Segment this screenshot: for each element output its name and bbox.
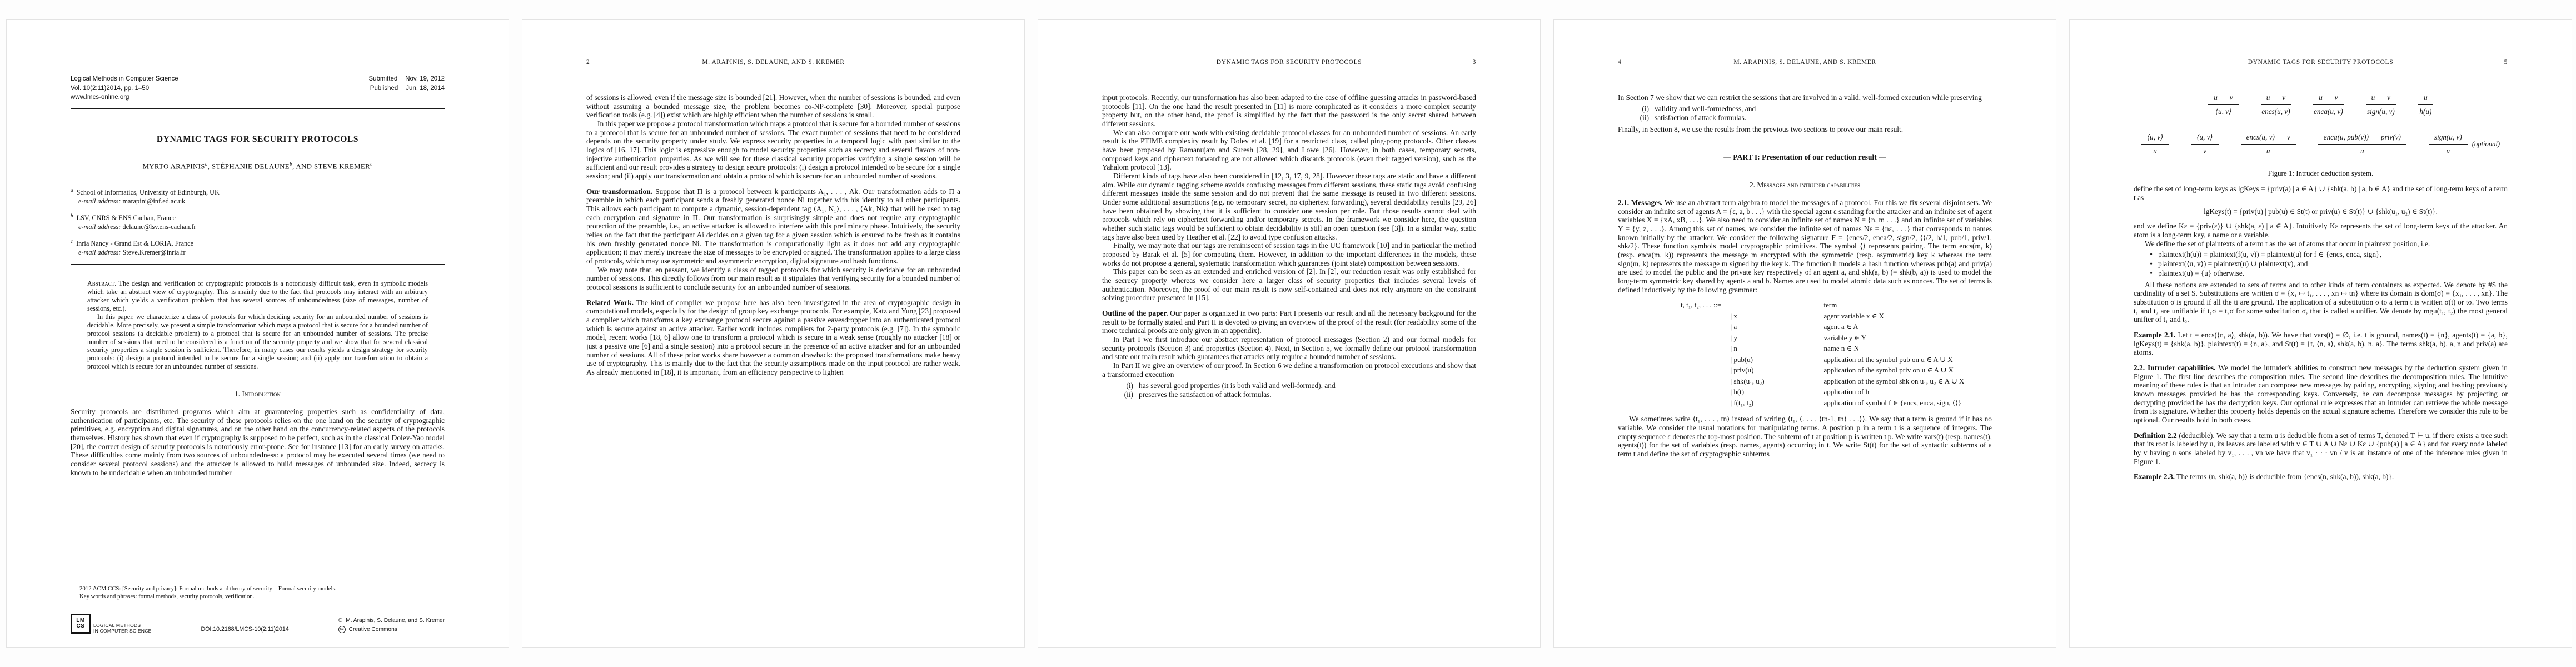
grammar-production: | a [1731, 321, 1824, 332]
premise-term: u [2371, 93, 2375, 102]
inference-fraction: ⟨u, v⟩v [2191, 133, 2218, 156]
list-item-text: preserves the satisfaction of attack for… [1139, 390, 1476, 400]
premise-term: u [2319, 93, 2323, 102]
decomposition-rules-row: ⟨u, v⟩u⟨u, v⟩vencs(u, v)vuenca(u, pub(v)… [2134, 133, 2508, 156]
running-head: DYNAMIC TAGS FOR SECURITY PROTOCOLS5 [2134, 59, 2508, 66]
inference-rule: encs(u, v)vu [2241, 133, 2296, 156]
paragraph: Example 2.1. Let t = encs(⟨n, a⟩, shk(a,… [2134, 331, 2508, 357]
horizontal-rule [71, 108, 445, 109]
paragraph: We may note that, en passant, we identif… [586, 266, 960, 292]
journal-info: Logical Methods in Computer ScienceVol. … [71, 74, 178, 102]
copyright-text: Creative Commons [349, 625, 397, 634]
journal-masthead: Logical Methods in Computer ScienceVol. … [71, 74, 445, 102]
rule-conclusion: u [2318, 145, 2406, 156]
grammar-row: | xagent variable x ∈ X [1638, 311, 1972, 322]
composition-rules-row: uv⟨u, v⟩uvencs(u, v)uvenca(u, v)uvsign(u… [2134, 93, 2508, 116]
list-item-label: • [2134, 250, 2158, 260]
paragraph: of sessions is allowed, even if the mess… [586, 93, 960, 120]
paragraph: 2.1. Messages. We use an abstract term a… [1618, 198, 1992, 294]
rule-conclusion: u [2141, 145, 2169, 156]
premise-term: v [2287, 133, 2290, 142]
item-list: (i)has several good properties (it is bo… [1102, 381, 1476, 400]
inference-rule: uvencs(u, v) [2261, 93, 2291, 116]
page-3: DYNAMIC TAGS FOR SECURITY PROTOCOLS3inpu… [1038, 19, 1541, 648]
doi-text: DOI:10.2168/LMCS-10(2:11)2014 [201, 626, 289, 634]
copyright-icon: © [338, 616, 343, 625]
paragraph-lead-in: Example 2.1. [2134, 331, 2175, 339]
running-head-title: DYNAMIC TAGS FOR SECURITY PROTOCOLS [2151, 59, 2490, 66]
paragraph: In Part II we give an overview of our pr… [1102, 361, 1476, 379]
inference-rule: uh(u) [2418, 93, 2433, 116]
affiliation: a School of Informatics, University of E… [71, 187, 445, 206]
paragraph-lead-in: Our transformation. [586, 187, 652, 196]
inference-fraction: encs(u, v)vu [2241, 133, 2296, 156]
paragraph-lead-in: Example 2.3. [2134, 472, 2175, 481]
page-2: 2M. ARAPINIS, S. DELAUNE, AND S. KREMERo… [522, 19, 1025, 648]
figure-caption: Figure 1: Intruder deduction system. [2134, 169, 2508, 178]
rule-premises: uv [2261, 93, 2291, 105]
list-item-label: (ii) [1618, 113, 1655, 123]
grammar-lhs-spacer [1638, 332, 1731, 344]
premise-term: v [2387, 93, 2390, 102]
grammar-lhs-spacer [1638, 376, 1731, 387]
list-item-label: (i) [1618, 104, 1655, 114]
paragraph: This paper can be seen as an extended an… [1102, 267, 1476, 302]
list-item: •plaintext(u) = {u} otherwise. [2134, 269, 2508, 278]
rule-premises: ⟨u, v⟩ [2191, 133, 2218, 145]
affiliation-institution: c Inria Nancy - Grand Est & LORIA, Franc… [71, 238, 445, 248]
page-number-right: 3 [1458, 59, 1476, 66]
list-item: (i)has several good properties (it is bo… [1102, 381, 1476, 391]
lmcs-logo: LMCSLOGICAL METHODSIN COMPUTER SCIENCE [71, 614, 152, 634]
paragraph: In this paper we propose a protocol tran… [586, 120, 960, 181]
page-number-right: 5 [2490, 59, 2508, 66]
abstract: Abstract. The design and verification of… [87, 280, 428, 371]
page-1: Logical Methods in Computer ScienceVol. … [6, 19, 509, 648]
paragraph: 2.2. Intruder capabilities. We model the… [2134, 364, 2508, 425]
grammar-row: | f(t₁, t₂)application of symbol f ∈ {en… [1638, 397, 1972, 409]
rule-premises: ⟨u, v⟩ [2141, 133, 2169, 145]
list-item-label: (i) [1102, 381, 1139, 391]
premise-term: u [2266, 93, 2270, 102]
rule-premises: uv [2313, 93, 2343, 105]
rule-conclusion: encs(u, v) [2261, 105, 2291, 116]
author-name: MYRTO ARAPINIS [143, 162, 205, 170]
term-grammar: t, t₁, t₂, . . . ::=term| xagent variabl… [1638, 300, 1972, 408]
grammar-production: | n [1731, 343, 1824, 354]
list-item: •plaintext(h(u)) = plaintext(f(u, v)) = … [2134, 250, 2508, 260]
affiliation: c Inria Nancy - Grand Est & LORIA, Franc… [71, 238, 445, 257]
horizontal-rule [71, 264, 445, 265]
lmcs-logo-icon: LMCS [71, 614, 91, 634]
grammar-description: term [1824, 300, 1972, 311]
paragraph-lead-in: Related Work. [586, 298, 634, 307]
running-head: 4M. ARAPINIS, S. DELAUNE, AND S. KREMER [1618, 59, 1992, 66]
inference-fraction: uv⟨u, v⟩ [2208, 93, 2238, 116]
inference-fraction: uvencs(u, v) [2261, 93, 2291, 116]
inference-rule: uvsign(u, v) [2366, 93, 2396, 116]
affiliation-email: e-mail address: marapini@inf.ed.ac.uk [78, 197, 445, 206]
lmcs-logo-text-line: IN COMPUTER SCIENCE [93, 628, 152, 634]
rule-premises: enca(u, pub(v))priv(v) [2318, 133, 2406, 145]
grammar-description: name n ∈ N [1824, 343, 1972, 354]
grammar-production [1731, 300, 1824, 311]
list-item-text: plaintext(h(u)) = plaintext(f(u, v)) = p… [2158, 250, 2508, 260]
paragraph: Finally, we may note that our tags are r… [1102, 241, 1476, 267]
premise-term: v [2230, 93, 2233, 102]
submission-dates: SubmittedNov. 19, 2012PublishedJun. 18, … [368, 74, 445, 102]
grammar-production: | y [1731, 332, 1824, 344]
publisher-footer-row: LMCSLOGICAL METHODSIN COMPUTER SCIENCEDO… [71, 614, 445, 634]
copyright-line: ©M. Arapinis, S. Delaune, and S. Kremer [338, 616, 445, 625]
page-number-left: 4 [1618, 59, 1636, 66]
list-item-text: satisfaction of attack formulas. [1655, 113, 1992, 123]
affiliation-institution: b LSV, CNRS & ENS Cachan, France [71, 213, 445, 223]
grammar-lhs-spacer [1638, 386, 1731, 397]
premise-term: u [2424, 93, 2428, 102]
date-label: Submitted [368, 74, 397, 84]
item-list: (i)validity and well-formedness, and(ii)… [1618, 104, 1992, 123]
display-equation: lgKeys(t) = {priv(u) | pub(u) ∈ St(t) or… [2134, 207, 2508, 216]
page-4: 4M. ARAPINIS, S. DELAUNE, AND S. KREMERI… [1553, 19, 2056, 648]
running-head-title: M. ARAPINIS, S. DELAUNE, AND S. KREMER [1636, 59, 1974, 66]
grammar-production: | x [1731, 311, 1824, 322]
paragraph: We sometimes write ⟨t₁, . . . , tn⟩ inst… [1618, 415, 1992, 458]
paragraph: All these notions are extended to sets o… [2134, 281, 2508, 324]
grammar-row: | yvariable y ∈ Y [1638, 332, 1972, 344]
premise-term: ⟨u, v⟩ [2147, 133, 2163, 142]
date-value: Nov. 19, 2012 [405, 74, 445, 84]
inference-rule: enca(u, pub(v))priv(v)u [2318, 133, 2406, 156]
rule-conclusion: h(u) [2418, 105, 2433, 116]
list-item-text: plaintext(⟨u, v⟩) = plaintext(u) ∪ plain… [2158, 260, 2508, 269]
rule-conclusion: u [2241, 145, 2296, 156]
grammar-row: | shk(u₁, u₂)application of the symbol s… [1638, 376, 1972, 387]
paragraph: Example 2.3. The terms ⟨n, shk(a, b)⟩ is… [2134, 472, 2508, 481]
affiliation-mark: a [71, 187, 73, 193]
running-head: 2M. ARAPINIS, S. DELAUNE, AND S. KREMER [586, 59, 960, 66]
grammar-lhs: t, t₁, t₂, . . . ::= [1638, 300, 1731, 311]
paragraph: input protocols. Recently, our transform… [1102, 93, 1476, 128]
rule-conclusion: sign(u, v) [2366, 105, 2396, 116]
abstract-paragraph: Abstract. The design and verification of… [87, 280, 428, 313]
rule-premises: sign(u, v) [2429, 133, 2468, 145]
premise-term: v [2282, 93, 2285, 102]
rule-conclusion: u [2429, 145, 2468, 156]
list-item-text: has several good properties (it is both … [1139, 381, 1476, 391]
grammar-production: | priv(u) [1731, 365, 1824, 376]
paragraph: We define the set of plaintexts of a ter… [2134, 240, 2508, 248]
grammar-description: variable y ∈ Y [1824, 332, 1972, 344]
running-head: DYNAMIC TAGS FOR SECURITY PROTOCOLS3 [1102, 59, 1476, 66]
page-number-left: 2 [586, 59, 604, 66]
grammar-production: | shk(u₁, u₂) [1731, 376, 1824, 387]
email-label: e-mail address: [78, 223, 121, 231]
grammar-description: application of the symbol priv on u ∈ A … [1824, 365, 1972, 376]
affiliation-email: e-mail address: Steve.Kremer@inria.fr [78, 248, 445, 257]
paragraph-lead-in: Outline of the paper. [1102, 309, 1168, 317]
copyright-line: ccCreative Commons [338, 625, 445, 634]
list-item-label: • [2134, 260, 2158, 269]
paragraph: define the set of long-term keys as lgKe… [2134, 185, 2508, 202]
paragraph: Finally, in Section 8, we use the result… [1618, 125, 1992, 134]
date-label: Published [370, 84, 398, 93]
premise-term: ⟨u, v⟩ [2196, 133, 2213, 142]
paragraph: We can also compare our work with existi… [1102, 128, 1476, 172]
date-value: Jun. 18, 2014 [406, 84, 445, 93]
rule-conclusion: ⟨u, v⟩ [2208, 105, 2238, 116]
footnote-line: 2012 ACM CCS: [Security and privacy]: Fo… [71, 585, 445, 593]
creative-commons-icon: cc [338, 626, 346, 633]
running-head-title: DYNAMIC TAGS FOR SECURITY PROTOCOLS [1120, 59, 1458, 66]
inference-rule: ⟨u, v⟩u [2141, 133, 2169, 156]
lmcs-logo-letters: CS [77, 624, 85, 629]
grammar-lhs-spacer [1638, 311, 1731, 322]
paragraph: Outline of the paper. Our paper is organ… [1102, 309, 1476, 335]
page-5: DYNAMIC TAGS FOR SECURITY PROTOCOLS5uv⟨u… [2069, 19, 2572, 648]
grammar-description: application of h [1824, 386, 1972, 397]
grammar-lhs-spacer [1638, 354, 1731, 365]
copyright-block: ©M. Arapinis, S. Delaune, and S. Kremerc… [338, 616, 445, 634]
list-item-label: (ii) [1102, 390, 1139, 400]
inference-fraction: uh(u) [2418, 93, 2433, 116]
lmcs-logo-text: LOGICAL METHODSIN COMPUTER SCIENCE [93, 623, 152, 634]
grammar-description: application of symbol f ∈ {encs, enca, s… [1824, 397, 1972, 409]
rule-premises: encs(u, v)v [2241, 133, 2296, 145]
paragraph-lead-in: 2.2. Intruder capabilities. [2134, 364, 2216, 372]
grammar-description: application of the symbol pub on u ∈ A ∪… [1824, 354, 1972, 365]
inference-fraction: sign(u, v)u [2429, 133, 2468, 156]
journal-info-line: Vol. 10(2:11)2014, pp. 1–50 [71, 84, 178, 93]
paragraph: Related Work. The kind of compiler we pr… [586, 298, 960, 377]
premise-term: encs(u, v) [2246, 133, 2275, 142]
inference-fraction: uvenca(u, v) [2313, 93, 2343, 116]
grammar-row: | aagent a ∈ A [1638, 321, 1972, 332]
section-heading: 1. Introduction [71, 390, 445, 399]
pdf-multipage-view: Logical Methods in Computer ScienceVol. … [0, 0, 2576, 667]
abstract-paragraph: In this paper, we characterize a class o… [87, 313, 428, 371]
inference-rule: ⟨u, v⟩v [2191, 133, 2218, 156]
rule-premises: u [2418, 93, 2433, 105]
list-item-text: validity and well-formedness, and [1655, 104, 1992, 114]
item-list: •plaintext(h(u)) = plaintext(f(u, v)) = … [2134, 250, 2508, 278]
grammar-header-row: t, t₁, t₂, . . . ::=term [1638, 300, 1972, 311]
paragraph-lead-in: Definition 2.2 [2134, 431, 2177, 440]
author-name: , AND STEVE KREMER [292, 162, 370, 170]
paragraph: and we define Kε = {priv(ε)} ∪ {shk(a, ε… [2134, 222, 2508, 239]
paragraph-lead-in: 2.1. Messages. [1618, 198, 1663, 207]
email-label: e-mail address: [78, 197, 121, 205]
grammar-lhs-spacer [1638, 365, 1731, 376]
grammar-lhs-spacer [1638, 321, 1731, 332]
paragraph: Different kinds of tags have also been c… [1102, 172, 1476, 241]
section-heading: 2. Messages and intruder capabilities [1618, 181, 1992, 190]
copyright-text: M. Arapinis, S. Delaune, and S. Kremer [346, 616, 445, 625]
affiliation-institution: a School of Informatics, University of E… [71, 187, 445, 197]
rule-premises: uv [2208, 93, 2238, 105]
list-item: •plaintext(⟨u, v⟩) = plaintext(u) ∪ plai… [2134, 260, 2508, 269]
list-item-label: • [2134, 269, 2158, 278]
premise-term: u [2214, 93, 2218, 102]
author-name: , STÉPHANIE DELAUNE [208, 162, 290, 170]
abstract-label: Abstract. [87, 280, 116, 287]
page-footer-block: 2012 ACM CCS: [Security and privacy]: Fo… [71, 581, 445, 634]
paper-title: DYNAMIC TAGS FOR SECURITY PROTOCOLS [71, 135, 445, 145]
grammar-production: | pub(u) [1731, 354, 1824, 365]
affiliation-email: e-mail address: delaune@lsv.ens-cachan.f… [78, 223, 445, 232]
list-item: (i)validity and well-formedness, and [1618, 104, 1992, 114]
premise-term: v [2335, 93, 2338, 102]
affiliation: b LSV, CNRS & ENS Cachan, Francee-mail a… [71, 213, 445, 232]
date-row: SubmittedNov. 19, 2012 [368, 74, 445, 84]
rule-conclusion: enca(u, v) [2313, 105, 2343, 116]
grammar-production: | h(t) [1731, 386, 1824, 397]
grammar-description: application of the symbol shk on u₁, u₂ … [1824, 376, 1972, 387]
grammar-lhs-spacer [1638, 343, 1731, 354]
rule-conclusion: v [2191, 145, 2218, 156]
inference-rule: uv⟨u, v⟩ [2208, 93, 2238, 116]
inference-fraction: ⟨u, v⟩u [2141, 133, 2169, 156]
grammar-row: | pub(u)application of the symbol pub on… [1638, 354, 1972, 365]
footnote-line: Key words and phrases: formal methods, s… [71, 593, 445, 600]
inference-fraction: uvsign(u, v) [2366, 93, 2396, 116]
part-heading: — PART I: Presentation of our reduction … [1618, 153, 1992, 162]
journal-info-line: www.lmcs-online.org [71, 93, 178, 102]
grammar-lhs-spacer [1638, 397, 1731, 409]
grammar-row: | nname n ∈ N [1638, 343, 1972, 354]
grammar-description: agent variable x ∈ X [1824, 311, 1972, 322]
grammar-production: | f(t₁, t₂) [1731, 397, 1824, 409]
affiliation-mark: c [71, 238, 73, 244]
email-label: e-mail address: [78, 248, 121, 256]
paragraph: In Part I we first introduce our abstrac… [1102, 335, 1476, 361]
date-row: PublishedJun. 18, 2014 [368, 84, 445, 93]
list-item: (ii)satisfaction of attack formulas. [1618, 113, 1992, 123]
lmcs-logo-text-line: LOGICAL METHODS [93, 623, 152, 628]
paragraph: Definition 2.2 (deducible). We say that … [2134, 431, 2508, 466]
grammar-description: agent a ∈ A [1824, 321, 1972, 332]
premise-term: enca(u, pub(v)) [2324, 133, 2369, 142]
inference-rule: uvenca(u, v) [2313, 93, 2343, 116]
author-affiliation-mark: c [370, 161, 372, 167]
inference-fraction: enca(u, pub(v))priv(v)u [2318, 133, 2406, 156]
premise-term: priv(v) [2381, 133, 2401, 142]
list-item: (ii)preserves the satisfaction of attack… [1102, 390, 1476, 400]
running-head-title: M. ARAPINIS, S. DELAUNE, AND S. KREMER [604, 59, 943, 66]
grammar-row: | priv(u)application of the symbol priv … [1638, 365, 1972, 376]
premise-term: sign(u, v) [2434, 133, 2462, 142]
figure-deduction-system: uv⟨u, v⟩uvencs(u, v)uvenca(u, v)uvsign(u… [2134, 93, 2508, 178]
inference-rule: sign(u, v)u(optional) [2429, 133, 2500, 156]
journal-info-line: Logical Methods in Computer Science [71, 74, 178, 84]
rule-premises: uv [2366, 93, 2396, 105]
grammar-row: | h(t)application of h [1638, 386, 1972, 397]
paragraph: Security protocols are distributed progr… [71, 407, 445, 477]
paragraph: In Section 7 we show that we can restric… [1618, 93, 1992, 102]
author-line: MYRTO ARAPINISa, STÉPHANIE DELAUNEb, AND… [71, 161, 445, 171]
list-item-text: plaintext(u) = {u} otherwise. [2158, 269, 2508, 278]
affiliation-mark: b [71, 213, 73, 218]
rule-note: (optional) [2472, 140, 2500, 148]
footnote-rule [71, 581, 162, 581]
paragraph: Our transformation. Suppose that Π is a … [586, 187, 960, 266]
affiliations: a School of Informatics, University of E… [71, 187, 445, 257]
